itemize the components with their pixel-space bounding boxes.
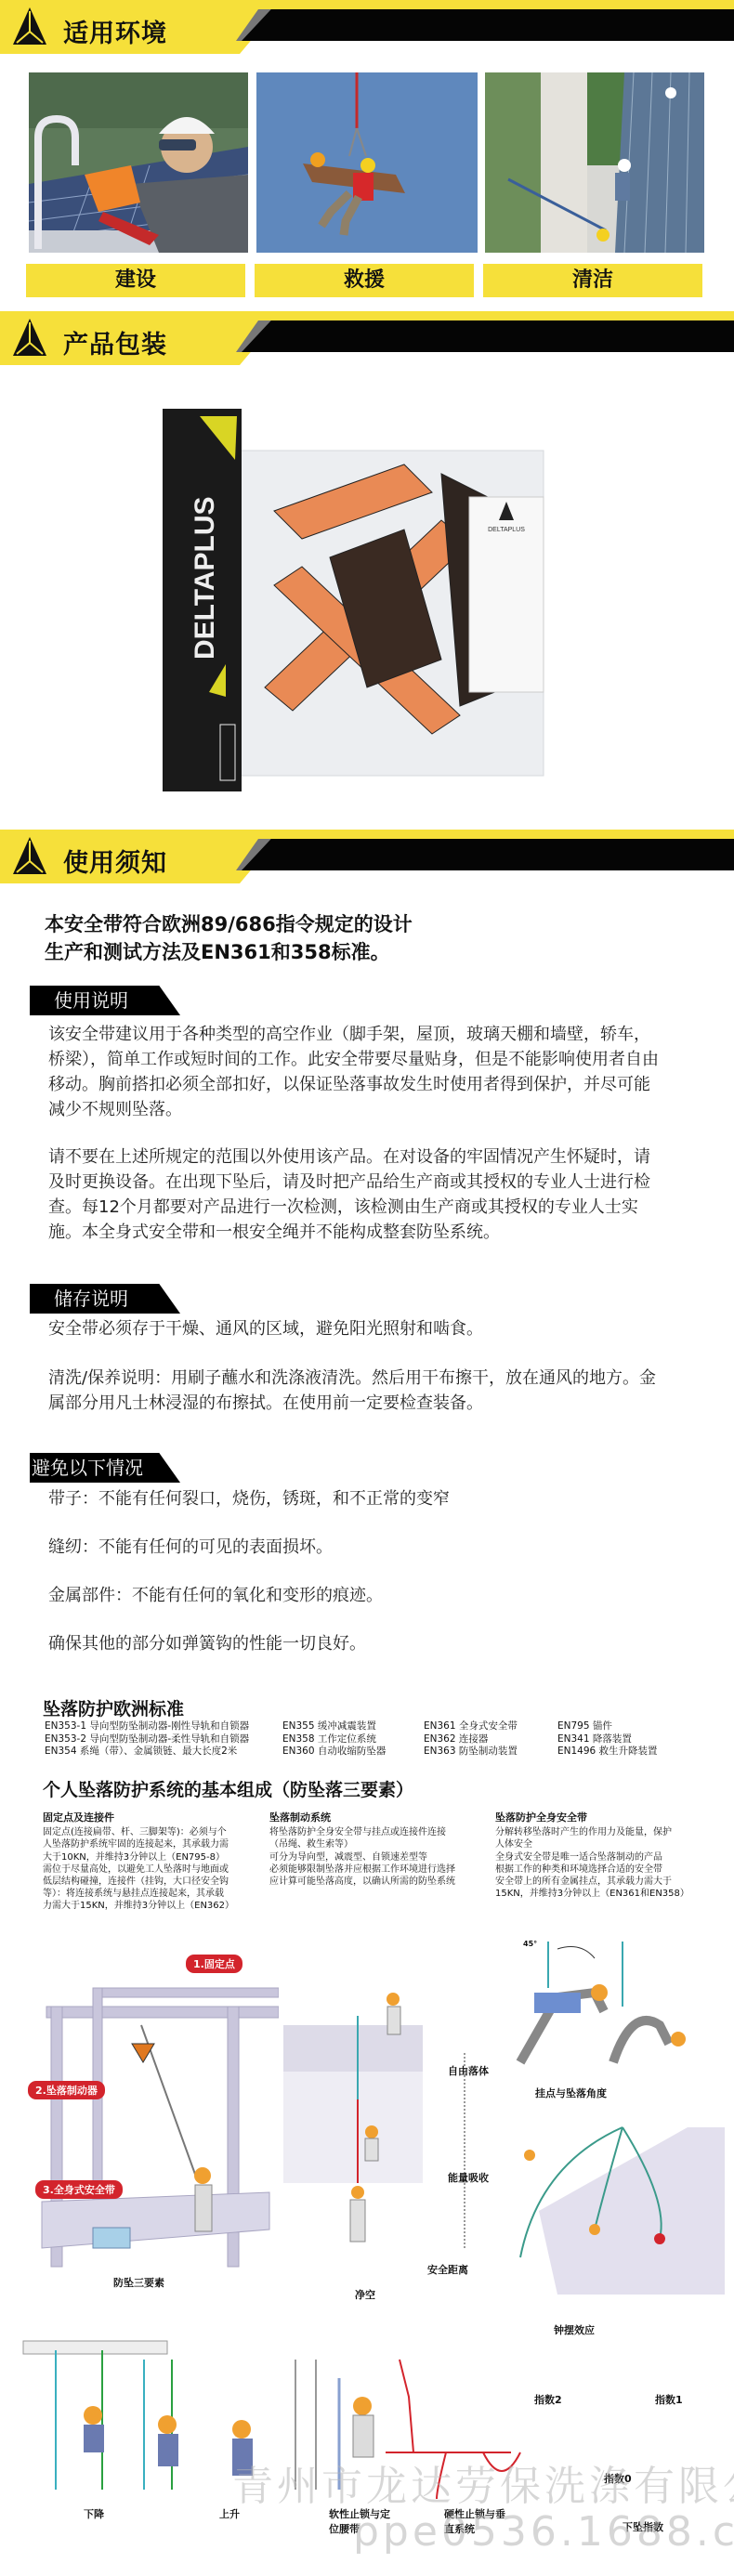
caption-cleaning: 清洁 — [483, 264, 702, 297]
avoid-item: 金属部件：不能有任何的氧化和变形的痕迹。 — [48, 1583, 662, 1608]
label-index-2: 指数2 — [534, 2392, 562, 2407]
label-safe-distance: 安全距离 — [427, 2262, 468, 2277]
standards-column: EN355 缓冲减震装置EN358 工作定位系统EN360 自动收缩防坠器 — [282, 1720, 386, 1759]
storage-paragraph-2: 清洗/保养说明：用刷子蘸水和洗涤液清洗。然后用干布擦干，放在通风的地方。金属部分… — [48, 1366, 662, 1416]
delta-logo-icon — [11, 835, 48, 878]
section-title: 适用环境 — [63, 13, 167, 49]
label-free-fall: 自由落体 — [448, 2063, 489, 2078]
svg-text:DELTAPLUS: DELTAPLUS — [488, 527, 525, 533]
caption-clearance: 净空 — [355, 2287, 375, 2302]
section-banner-environment: 适用环境 — [0, 0, 734, 58]
caption-descend: 下降 — [84, 2506, 104, 2521]
diagram-anchor-angle — [502, 1942, 725, 2081]
diagram-pendulum — [483, 2109, 725, 2295]
tag-avoid: 避免以下情况 — [30, 1453, 180, 1483]
section-title: 产品包装 — [63, 324, 167, 360]
standards-title: 坠落防护欧洲标准 — [43, 1695, 184, 1720]
usage-paragraph-2: 请不要在上述所规定的范围以外使用该产品。在对设备的牢固情况产生怀疑时，请及时更换… — [48, 1144, 662, 1245]
svg-text:DELTAPLUS: DELTAPLUS — [190, 496, 220, 660]
section-banner-notice: 使用须知 — [0, 830, 734, 887]
component-arrest-system: 坠落制动系统 将坠落防护全身安全带与挂点或连接件连接（吊绳、救生索等）可分为导向… — [269, 1811, 483, 1888]
delta-logo-icon — [11, 6, 48, 48]
section-banner-packaging: 产品包装 — [0, 311, 734, 369]
photo-construction — [29, 72, 248, 253]
watermark-company: 青州市龙达劳保洗涤有限公司 — [232, 2452, 734, 2512]
watermark-url: ppe0536.1688.com — [353, 2508, 734, 2556]
usage-paragraph-1: 该安全带建议用于各种类型的高空作业（脚手架，屋顶，玻璃天棚和墙壁，轿车，桥梁），… — [48, 1022, 662, 1122]
avoid-item: 带子：不能有任何裂口，烧伤，锈斑，和不正常的变窄 — [48, 1486, 662, 1511]
tag-usage: 使用说明 — [30, 986, 180, 1015]
caption-construction: 建设 — [26, 264, 245, 297]
component-harness: 坠落防护全身安全带 分解转移坠落时产生的作用力及能量，保护人体安全全身式安全带是… — [495, 1811, 709, 1900]
label-angle: 45° — [523, 1940, 537, 1948]
component-anchor: 固定点及连接件 固定点(连接扁带、杆、三脚架等)：必须与个人坠落防护系统牢固的连… — [43, 1811, 256, 1913]
diagram-clearance — [283, 1979, 497, 2248]
compliance-statement: 本安全带符合欧洲89/686指令规定的设计 生产和测试方法及EN361和358标… — [45, 910, 413, 966]
avoid-item: 缝纫：不能有任何的可见的表面损坏。 — [48, 1535, 662, 1560]
components-title: 个人坠落防护系统的基本组成（防坠落三要素） — [43, 1776, 413, 1801]
diagram-three-elements — [28, 1969, 279, 2276]
label-full-body-harness: 3.全身式安全带 — [35, 2180, 123, 2199]
delta-logo-icon — [11, 317, 48, 360]
standards-column: EN361 全身式安全带EN362 连接器EN363 防坠制动装置 — [424, 1720, 518, 1759]
label-index-1: 指数1 — [655, 2392, 683, 2407]
product-package-image: DELTAPLUS DELTAPLUS — [163, 409, 571, 791]
caption-rescue: 救援 — [255, 264, 474, 297]
caption-anchor-angle: 挂点与坠落角度 — [535, 2086, 607, 2100]
tag-storage: 储存说明 — [30, 1284, 180, 1314]
section-title: 使用须知 — [63, 843, 167, 879]
photo-cleaning — [485, 72, 704, 253]
standards-column: EN795 锚件EN341 降落装置EN1496 救生升降装置 — [557, 1720, 658, 1759]
label-fall-arrester: 2.坠落制动器 — [28, 2081, 105, 2099]
storage-paragraph-1: 安全带必须存于干燥、通风的区域，避免阳光照射和啮食。 — [48, 1316, 662, 1341]
standards-column: EN353-1 导向型防坠制动器-刚性导轨和自锁器EN353-2 导向型防坠制动… — [45, 1720, 249, 1759]
photo-rescue — [256, 72, 478, 253]
avoid-item: 确保其他的部分如弹簧钩的性能一切良好。 — [48, 1631, 662, 1656]
label-anchor-point: 1.固定点 — [186, 1955, 242, 1973]
caption-three-elements: 防坠三要素 — [113, 2275, 164, 2290]
